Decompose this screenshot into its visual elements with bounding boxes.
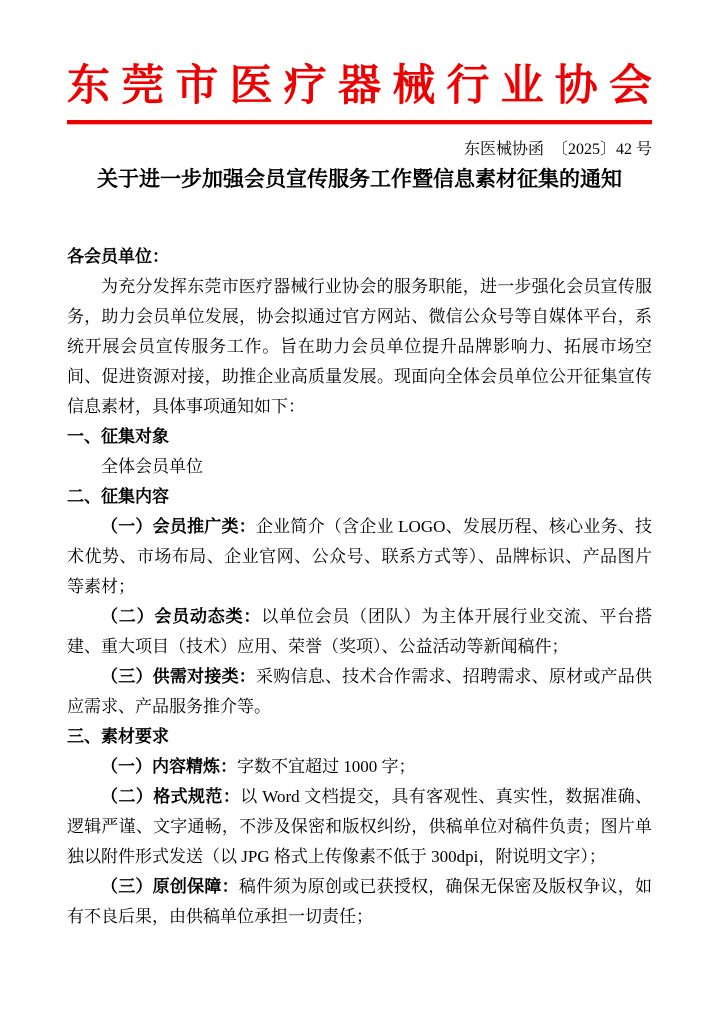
paragraph-text: 全体会员单位: [101, 457, 203, 476]
salutation: 各会员单位：: [67, 242, 652, 272]
section-paragraph: （一）会员推广类：企业简介（含企业 LOGO、发展历程、核心业务、技术优势、市场…: [67, 512, 652, 602]
section: 一、征集对象全体会员单位: [67, 422, 652, 482]
intro-paragraph: 为充分发挥东莞市医疗器械行业协会的服务职能，进一步强化会员宣传服务，助力会员单位…: [67, 272, 652, 422]
paragraph-label: （一）会员推广类：: [101, 517, 256, 536]
section-heading: 三、素材要求: [67, 722, 652, 752]
section-heading: 二、征集内容: [67, 482, 652, 512]
doc-title: 关于进一步加强会员宣传服务工作暨信息素材征集的通知: [67, 165, 652, 194]
section-paragraph: （一）内容精炼：字数不宜超过 1000 字；: [67, 752, 652, 782]
paragraph-label: （一）内容精炼：: [101, 757, 237, 776]
section-paragraph: （二）格式规范：以 Word 文档提交，具有客观性、真实性，数据准确、逻辑严谨、…: [67, 782, 652, 872]
paragraph-label: （二）会员动态类：: [101, 607, 261, 626]
paragraph-label: （三）原创保障：: [101, 877, 239, 896]
section-heading: 一、征集对象: [67, 422, 652, 452]
doc-number: 东医械协函 〔2025〕42 号: [67, 138, 652, 162]
section: 三、素材要求（一）内容精炼：字数不宜超过 1000 字；（二）格式规范：以 Wo…: [67, 722, 652, 932]
section-paragraph: （三）供需对接类：采购信息、技术合作需求、招聘需求、原材或产品供应需求、产品服务…: [67, 662, 652, 722]
paragraph-label: （三）供需对接类：: [101, 667, 256, 686]
section-paragraph: 全体会员单位: [67, 452, 652, 482]
letterhead-rule: [67, 120, 652, 125]
section: 二、征集内容（一）会员推广类：企业简介（含企业 LOGO、发展历程、核心业务、技…: [67, 482, 652, 722]
document-content: 东莞市医疗器械行业协会 东医械协函 〔2025〕42 号 关于进一步加强会员宣传…: [67, 0, 652, 932]
paragraph-label: （二）格式规范：: [101, 787, 240, 806]
letterhead: 东莞市医疗器械行业协会: [67, 0, 652, 125]
document-page: 东莞市医疗器械行业协会 东医械协函 〔2025〕42 号 关于进一步加强会员宣传…: [0, 0, 720, 1018]
section-paragraph: （二）会员动态类：以单位会员（团队）为主体开展行业交流、平台搭建、重大项目（技术…: [67, 602, 652, 662]
sections-container: 一、征集对象全体会员单位二、征集内容（一）会员推广类：企业简介（含企业 LOGO…: [67, 422, 652, 932]
org-name: 东莞市医疗器械行业协会: [67, 0, 652, 111]
document-body: 各会员单位： 为充分发挥东莞市医疗器械行业协会的服务职能，进一步强化会员宣传服务…: [67, 242, 652, 932]
paragraph-text: 字数不宜超过 1000 字；: [237, 757, 416, 776]
section-paragraph: （三）原创保障：稿件须为原创或已获授权，确保无保密及版权争议，如有不良后果，由供…: [67, 872, 652, 932]
